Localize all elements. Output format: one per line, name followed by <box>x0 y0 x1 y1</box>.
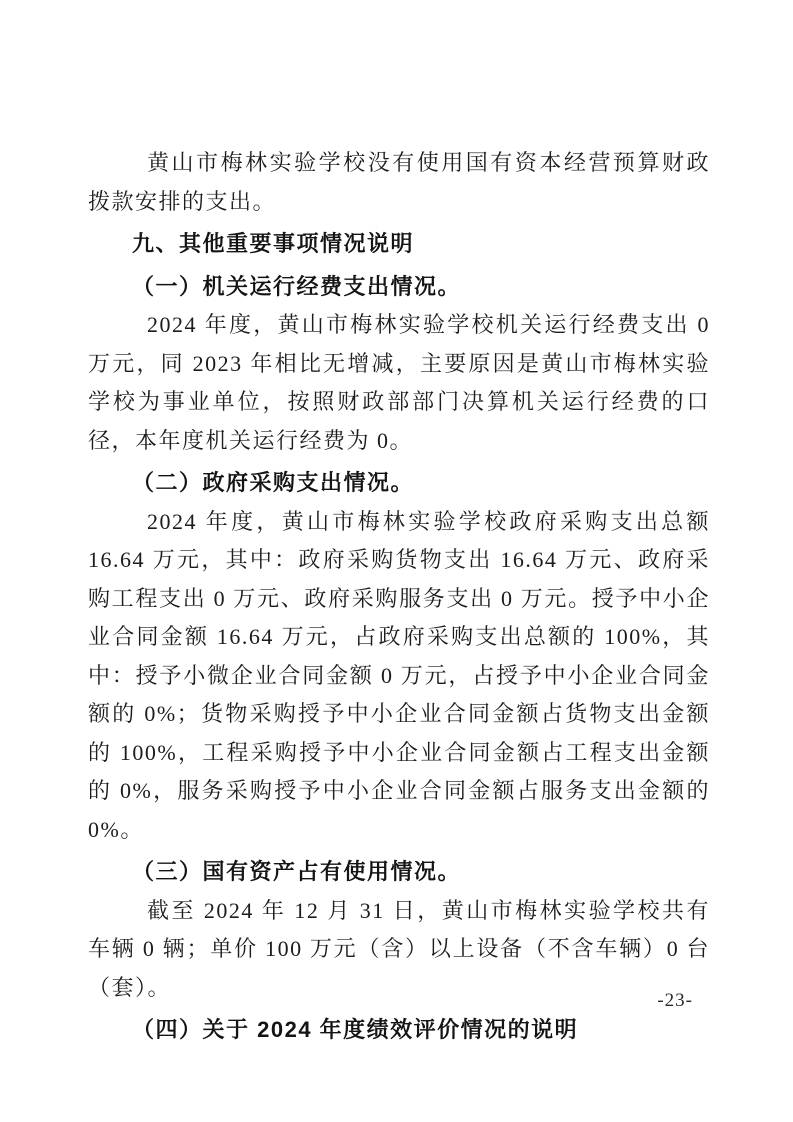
heading-state-assets-usage: （三）国有资产占有使用情况。 <box>88 853 710 892</box>
heading-government-procurement: （二）政府采购支出情况。 <box>88 464 710 503</box>
paragraph-no-state-capital-expenditure: 黄山市梅林实验学校没有使用国有资本经营预算财政拨款安排的支出。 <box>88 144 710 221</box>
paragraph-state-assets-usage: 截至 2024 年 12 月 31 日，黄山市梅林实验学校共有车辆 0 辆；单价… <box>88 892 710 1008</box>
page-number: -23- <box>657 990 693 1012</box>
heading-agency-operating-expenses: （一）机关运行经费支出情况。 <box>88 268 710 307</box>
heading-performance-evaluation: （四）关于 2024 年度绩效评价情况的说明 <box>88 1011 710 1050</box>
heading-other-important-matters: 九、其他重要事项情况说明 <box>88 225 710 264</box>
paragraph-government-procurement: 2024 年度，黄山市梅林实验学校政府采购支出总额 16.64 万元，其中：政府… <box>88 503 710 850</box>
document-page: 黄山市梅林实验学校没有使用国有资本经营预算财政拨款安排的支出。 九、其他重要事项… <box>0 0 793 1122</box>
paragraph-agency-operating-expenses: 2024 年度，黄山市梅林实验学校机关运行经费支出 0 万元，同 2023 年相… <box>88 306 710 460</box>
